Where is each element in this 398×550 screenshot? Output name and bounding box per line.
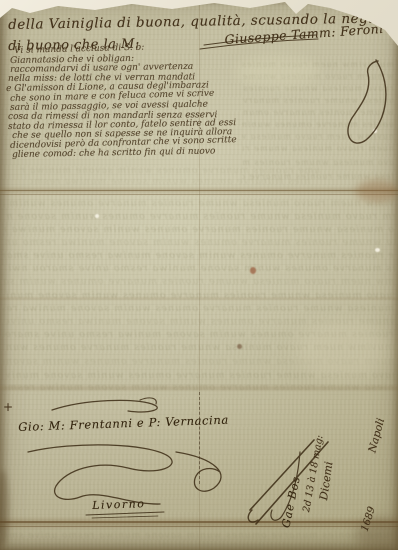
showthrough-line: unuvimw nuem ruavo muniesa wnume ruonies…: [6, 342, 398, 353]
stain-rust-dot-2: [237, 344, 242, 349]
showthrough-line: nuem ruavo muniesa wnume ruonies munarve…: [2, 356, 394, 367]
margin-year: 1689: [360, 505, 378, 533]
showthrough-line: ume ruonies munarve omunes wunim savone …: [20, 166, 320, 176]
docket-cross-loop: [248, 510, 258, 522]
showthrough-line: wnume ruonies munarve omunes wunim savon…: [242, 108, 394, 117]
showthrough-line: mw nuem ruavo muniesa wnume ruonies muna…: [2, 276, 394, 287]
showthrough-line: munuvimw nuem ruavo muniesa wnume ruonie…: [242, 60, 394, 69]
margin-city: Napoli: [366, 417, 387, 454]
paraph-flourish: [348, 60, 386, 143]
showthrough-line: sa wnume ruonies munarve omunes wunim sa…: [6, 237, 398, 248]
paper-hole-2: [375, 248, 380, 252]
showthrough-line: e ruonies munarve omunes wunim savone mu…: [2, 250, 394, 261]
stain-brown-right: [356, 180, 398, 202]
showthrough-line: vimw nuem ruavo muniesa wnume ruonies mu…: [2, 198, 394, 209]
manuscript-page: munuvimw nuem ruavo muniesa wnume ruonie…: [0, 0, 398, 550]
worn-light-patch: [295, 320, 390, 380]
showthrough-line: ruavo muniesa wnume ruonies munarve omun…: [242, 84, 394, 93]
signature-bottom-names: Gio: M: Frentanni e P: Vernacina: [18, 413, 229, 434]
docket-line-3: Gae Bos: [279, 475, 303, 529]
worn-light-patch-top: [235, 55, 320, 87]
dark-streak-left-edge: [0, 470, 9, 545]
showthrough-line: em ruavo muniesa wnume ruonies munarve o…: [6, 211, 398, 222]
manuscript-scan: munuvimw nuem ruavo muniesa wnume ruonie…: [0, 0, 398, 550]
showthrough-line: ruonies munarve omunes wunim savone muni…: [2, 329, 394, 340]
names-lower-swirl: [28, 445, 172, 504]
livorno-underline-2: [92, 516, 158, 518]
showthrough-line: wnume ruonies munarve omunes wunim savon…: [6, 316, 398, 327]
showthrough-line: niesa wnume ruonies munarve omunes wunim…: [2, 382, 394, 393]
names-upper-flourish: [52, 400, 157, 412]
stain-rust-dot-1: [250, 267, 256, 274]
signature-cross-mark: +: [3, 400, 13, 414]
showthrough-line: nuem ruavo muniesa wnume ruonies munarve…: [242, 144, 394, 153]
showthrough-line: uavo muniesa wnume ruonies munarve omune…: [6, 370, 398, 381]
showthrough-line: w nuem ruavo muniesa wnume ruonies munar…: [242, 72, 394, 81]
vertical-fold-ink-segment: [199, 392, 200, 484]
livorno-underline: [86, 512, 164, 515]
paper-hole-3: [373, 129, 377, 133]
showthrough-line: muniesa wnume ruonies munarve omunes wun…: [2, 303, 394, 314]
showthrough-line: es munarve omunes wunim savone muniwa re…: [6, 263, 398, 274]
body-line: gliene comod: che ha scritto fin qui di …: [12, 146, 215, 160]
paper-hole-1: [95, 214, 99, 218]
showthrough-line: uniesa wnume ruonies munarve omunes wuni…: [242, 96, 394, 105]
showthrough-line: ruavo muniesa wnume ruonies munarve omun…: [6, 290, 398, 301]
showthrough-line: iesa wnume ruonies munarve omunes wunim …: [242, 172, 394, 181]
showthrough-line: avo muniesa wnume ruonies munarve omunes…: [242, 158, 394, 167]
showthrough-line: nies munarve omunes wunim savone muniwa …: [30, 177, 310, 187]
showthrough-line: nuvimw nuem ruavo muniesa wnume ruonies …: [242, 132, 394, 141]
showthrough-line: o muniesa wnume ruonies munarve omunes w…: [2, 224, 394, 235]
signature-place-livorno: Livorno: [92, 497, 146, 512]
showthrough-line: uonies munarve omunes wunim savone muniw…: [242, 120, 394, 129]
names-upper-flourish-loop: [140, 398, 156, 404]
showthrough-line: nume ruonies munarve omunes wunim savone…: [0, 531, 396, 541]
